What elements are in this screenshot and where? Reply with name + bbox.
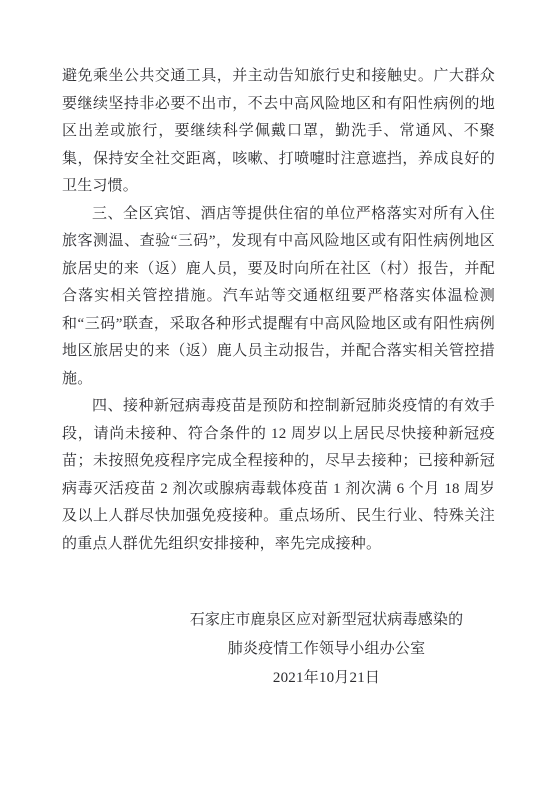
notice-body: 避免乘坐公共交通工具，并主动告知旅行史和接触史。广大群众要继续坚持非必要不出市，… [62,63,495,558]
signature-org-line-2: 肺炎疫情工作领导小组办公室 [110,635,543,664]
signature-org-line-1: 石家庄市鹿泉区应对新型冠状病毒感染的 [110,606,543,635]
signature-date: 2021年10月21日 [110,664,543,693]
signature-block: 石家庄市鹿泉区应对新型冠状病毒感染的 肺炎疫情工作领导小组办公室 2021年10… [110,606,543,693]
document-page: 避免乘坐公共交通工具，并主动告知旅行史和接触史。广大群众要继续坚持非必要不出市，… [0,0,556,786]
paragraph-item-3: 三、全区宾馆、酒店等提供住宿的单位严格落实对所有入住旅客测温、查验“三码”，发现… [62,201,495,394]
paragraph-item-4: 四、接种新冠病毒疫苗是预防和控制新冠肺炎疫情的有效手段，请尚未接种、符合条件的 … [62,393,495,558]
paragraph-continuation: 避免乘坐公共交通工具，并主动告知旅行史和接触史。广大群众要继续坚持非必要不出市，… [62,63,495,201]
